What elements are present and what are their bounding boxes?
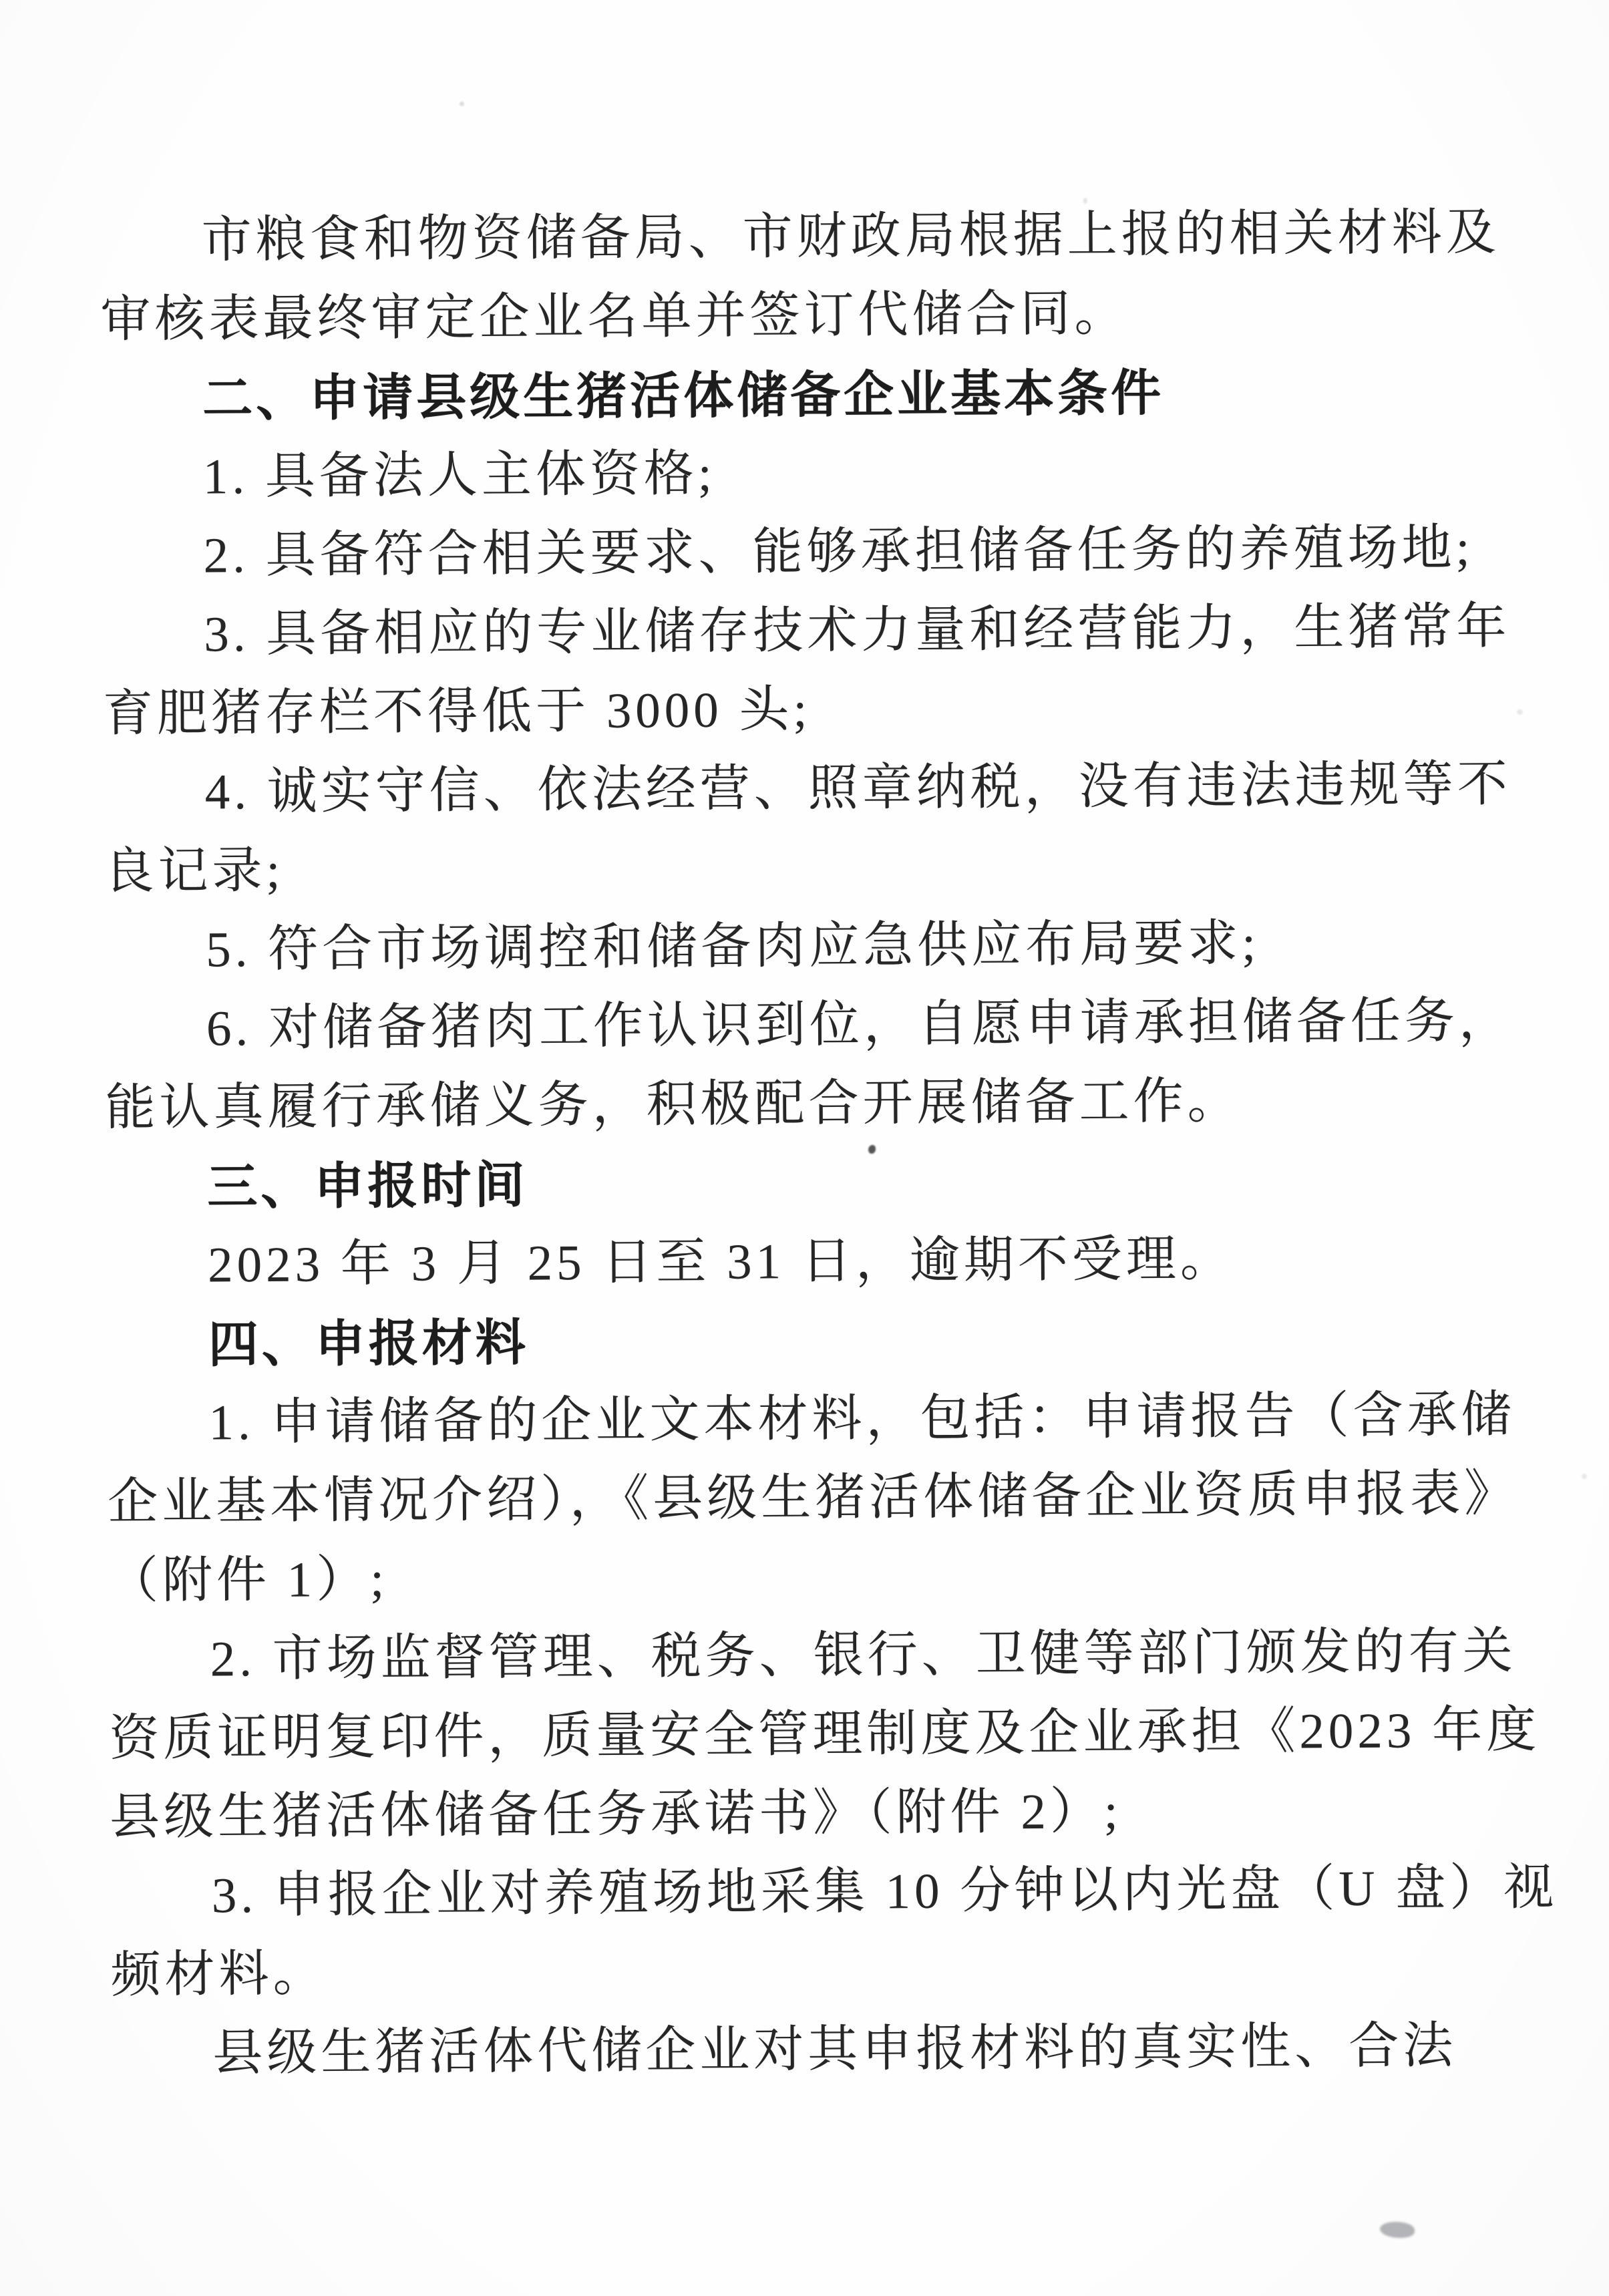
text-line: 1. 申请储备的企业文本材料，包括：申请报告（含承储 <box>107 1376 1513 1464</box>
faint-speck-3 <box>1517 709 1523 715</box>
text-line: （附件 1）; <box>108 1534 1514 1621</box>
text-line: 6. 对储备猪肉工作认识到位，自愿申请承担储备任务， <box>105 982 1511 1070</box>
text-line: 企业基本情况介绍），《县级生猪活体储备企业资质申报表》 <box>108 1455 1513 1542</box>
text-line: 3. 具备相应的专业储存技术力量和经营能力，生猪常年 <box>102 588 1508 675</box>
text-line: 3. 申报企业对养殖场地采集 10 分钟以内光盘（U 盘）视 <box>110 1849 1516 1937</box>
text-line: 2023 年 3 月 25 日至 31 日，逾期不受理。 <box>106 1218 1512 1306</box>
text-line: 育肥猪存栏不得低于 3000 头; <box>103 667 1509 754</box>
heading-line: 三、申报时间 <box>106 1140 1511 1227</box>
faint-speck-1 <box>460 102 464 106</box>
scanned-document-page: 市粮食和物资储备局、市财政局根据上报的相关材料及审核表最终审定企业名单并签订代储… <box>0 0 1609 2296</box>
faint-speck-4 <box>1582 1474 1587 1479</box>
text-line: 良记录; <box>104 824 1509 912</box>
text-line: 县级生猪活体代储企业对其申报材料的真实性、合法 <box>111 2007 1517 2094</box>
text-line: 资质证明复印件，质量安全管理制度及企业承担《2023 年度 <box>109 1691 1515 1779</box>
text-line: 1. 具备法人主体资格; <box>102 430 1507 518</box>
text-line: 能认真履行承储义务，积极配合开展储备工作。 <box>105 1061 1511 1148</box>
document-lines: 市粮食和物资储备局、市财政局根据上报的相关材料及审核表最终审定企业名单并签订代储… <box>100 194 1516 2094</box>
text-line: 县级生猪活体储备任务承诺书》（附件 2）; <box>110 1770 1515 1858</box>
text-line: 频材料。 <box>110 1928 1516 2015</box>
gray-smudge <box>1380 2222 1415 2238</box>
text-line: 审核表最终审定企业名单并签订代储合同。 <box>100 273 1506 360</box>
text-line: 市粮食和物资储备局、市财政局根据上报的相关材料及 <box>100 194 1505 281</box>
text-line: 2. 市场监督管理、税务、银行、卫健等部门颁发的有关 <box>108 1613 1514 1700</box>
text-line: 4. 诚实守信、依法经营、照章纳税，没有违法违规等不 <box>103 746 1509 833</box>
text-line: 5. 符合市场调控和储备肉应急供应布局要求; <box>104 903 1510 991</box>
heading-line: 二、申请县级生猪活体储备企业基本条件 <box>101 351 1507 439</box>
heading-line: 四、申报材料 <box>106 1297 1512 1385</box>
text-line: 2. 具备符合相关要求、能够承担储备任务的养殖场地; <box>102 509 1507 597</box>
